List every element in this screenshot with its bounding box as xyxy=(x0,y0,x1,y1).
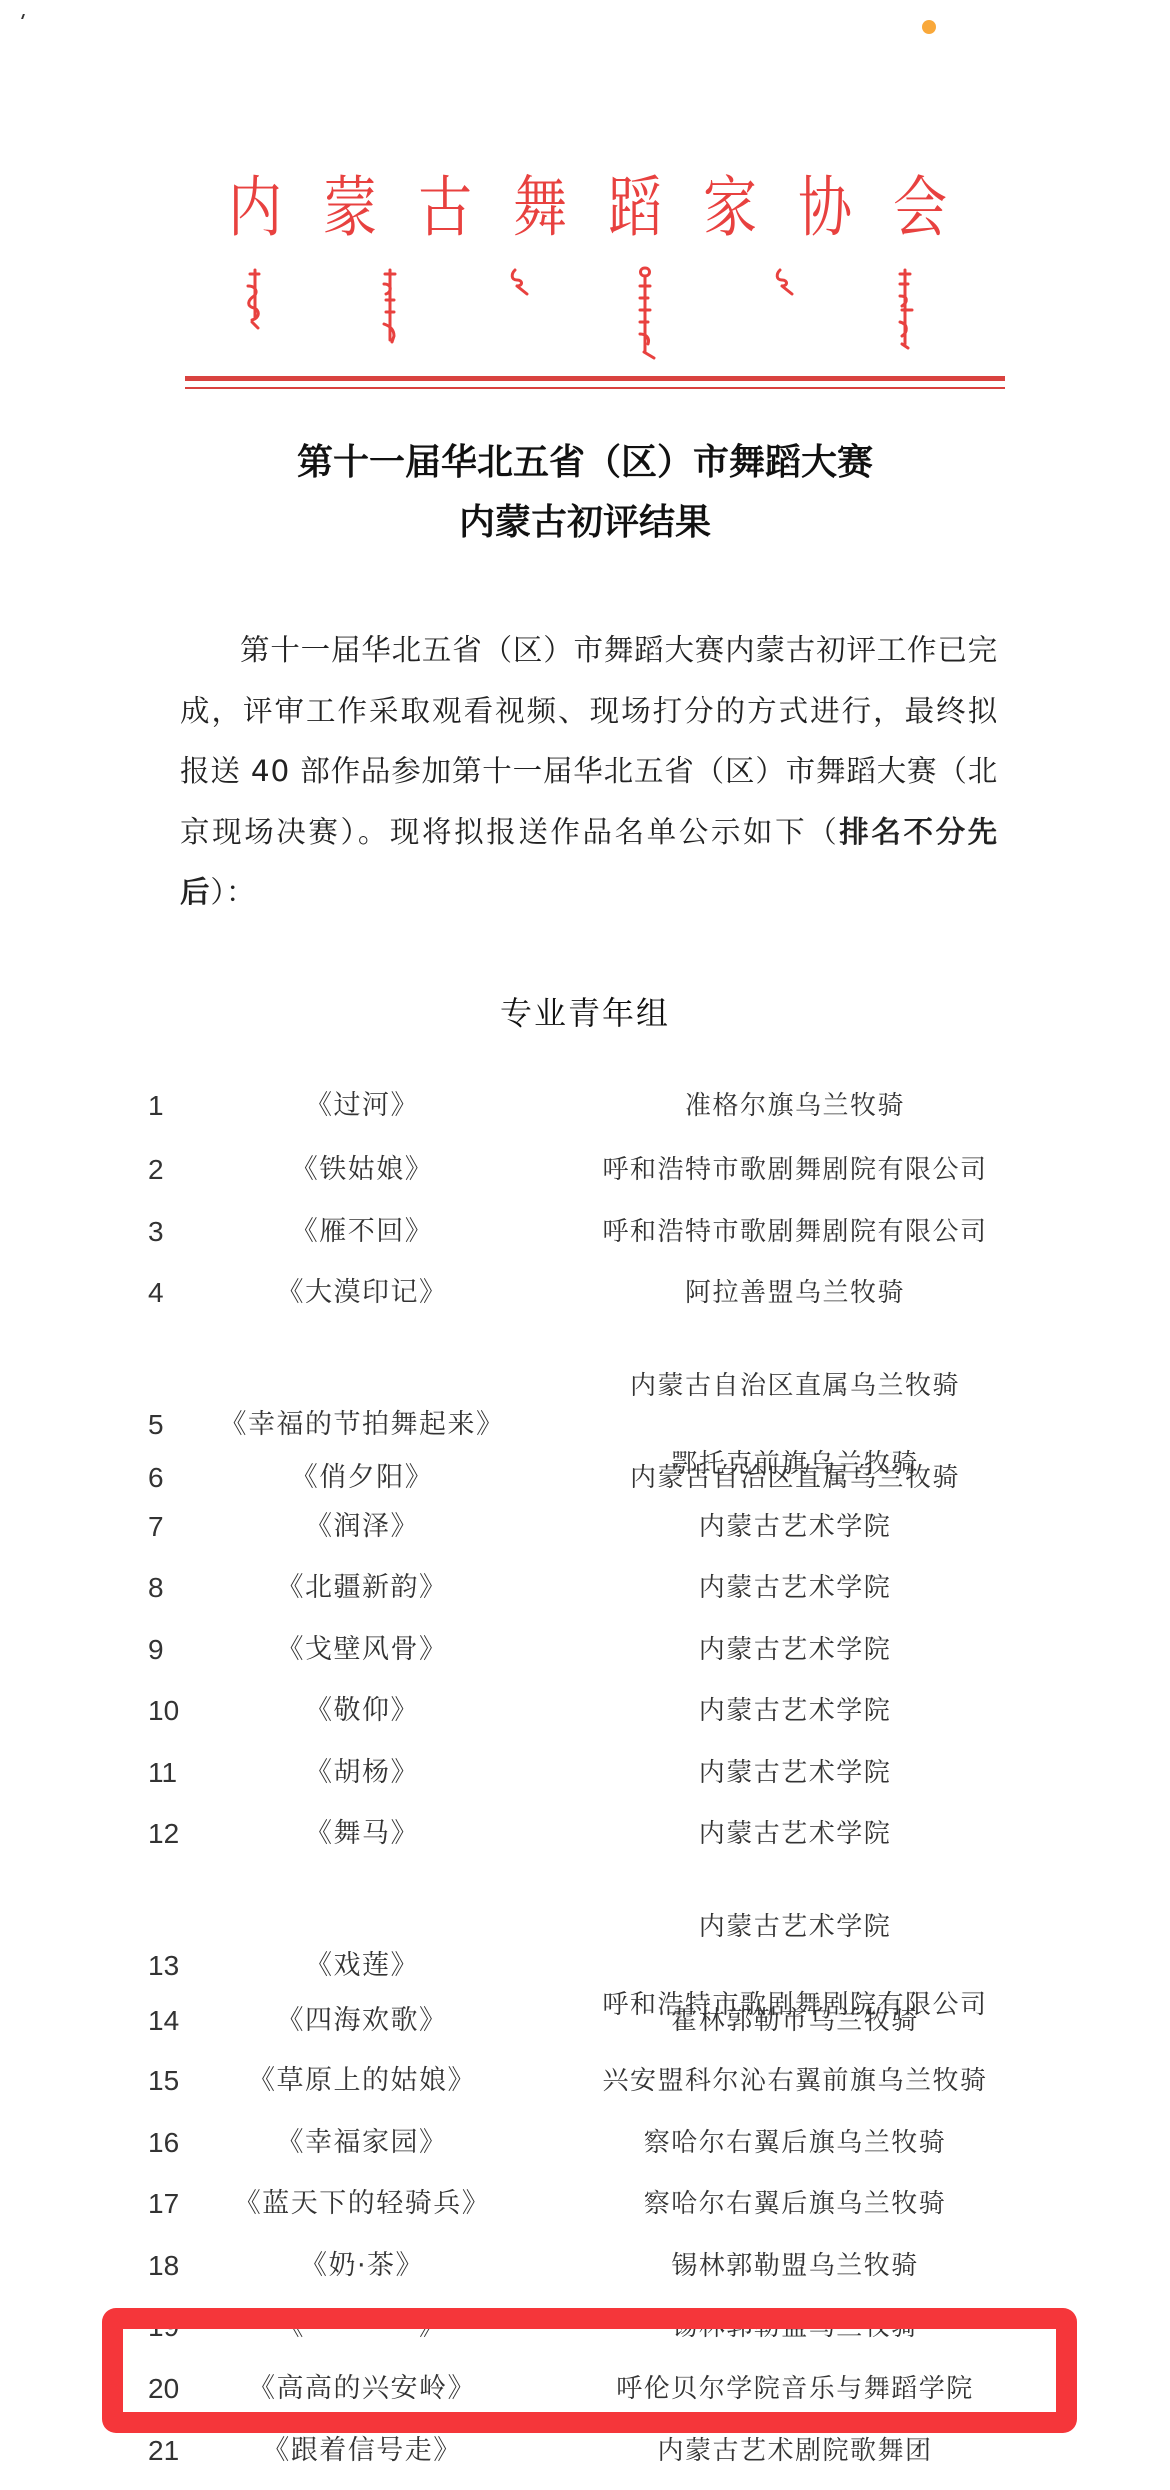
entry-number: 3 xyxy=(148,1210,198,1254)
entry-title: 《舞马》 xyxy=(212,1812,512,1856)
table-row: 1《过河》准格尔旗乌兰牧骑 xyxy=(0,1084,1170,1128)
table-row: 17《蓝天下的轻骑兵》察哈尔右翼后旗乌兰牧骑 xyxy=(0,2182,1170,2226)
entry-number: 10 xyxy=(148,1689,198,1733)
intro-paragraph: 第十一届华北五省（区）市舞蹈大赛内蒙古初评工作已完成，评审工作采取观看视频、现场… xyxy=(180,620,998,923)
scan-artifact-mark xyxy=(21,14,25,19)
entry-organization: 内蒙古艺术学院 xyxy=(590,1566,1000,1610)
table-row: 21《跟着信号走》内蒙古艺术剧院歌舞团 xyxy=(0,2429,1170,2473)
entry-number: 9 xyxy=(148,1628,198,1672)
entry-number: 6 xyxy=(148,1456,198,1500)
section-heading: 专业青年组 xyxy=(0,990,1170,1036)
letterhead-char: 蒙 xyxy=(317,168,383,248)
table-row: 16《幸福家园》察哈尔右翼后旗乌兰牧骑 xyxy=(0,2121,1170,2165)
table-row: 12《舞马》内蒙古艺术学院 xyxy=(0,1812,1170,1856)
letterhead-char: 协 xyxy=(792,168,858,248)
entry-organization: 内蒙古艺术学院 xyxy=(590,1505,1000,1549)
entry-number: 18 xyxy=(148,2244,198,2288)
entry-number: 12 xyxy=(148,1812,198,1856)
document-title-line1: 第十一届华北五省（区）市舞蹈大赛 xyxy=(0,441,1170,485)
entry-title: 《雁不回》 xyxy=(212,1210,512,1254)
table-row: 3《雁不回》呼和浩特市歌剧舞剧院有限公司 xyxy=(0,1210,1170,1254)
entry-organization: 内蒙古自治区直属乌兰牧骑 xyxy=(590,1456,1000,1500)
entry-title: 《幸福家园》 xyxy=(212,2121,512,2165)
table-row: 4《大漠印记》阿拉善盟乌兰牧骑 xyxy=(0,1271,1170,1315)
entry-number: 2 xyxy=(148,1148,198,1192)
letterhead-char: 蹈 xyxy=(602,168,668,248)
entry-organization: 内蒙古艺术学院 xyxy=(590,1628,1000,1672)
entry-title: 《胡杨》 xyxy=(212,1751,512,1795)
entry-number: 8 xyxy=(148,1566,198,1610)
letterhead-char: 会 xyxy=(887,168,953,248)
entry-organization: 内蒙古艺术学院 xyxy=(590,1751,1000,1795)
table-row: 2《铁姑娘》呼和浩特市歌剧舞剧院有限公司 xyxy=(0,1148,1170,1192)
entry-title: 《奶·茶》 xyxy=(212,2244,512,2288)
entry-organization: 霍林郭勒市乌兰牧骑 xyxy=(590,1999,1000,2043)
entry-number: 21 xyxy=(148,2429,198,2473)
entry-title: 《俏夕阳》 xyxy=(212,1456,512,1500)
entry-organization: 察哈尔右翼后旗乌兰牧骑 xyxy=(590,2121,1000,2165)
entry-title: 《戏莲》 xyxy=(212,1944,512,1988)
entry-organization: 锡林郭勒盟乌兰牧骑 xyxy=(590,2244,1000,2288)
table-row: 9《戈壁风骨》内蒙古艺术学院 xyxy=(0,1628,1170,1672)
letterhead-rule-thin xyxy=(185,387,1005,389)
entry-organization: 呼和浩特市歌剧舞剧院有限公司 xyxy=(590,1210,1000,1254)
entry-number: 7 xyxy=(148,1505,198,1549)
table-row: 15《草原上的姑娘》兴安盟科尔沁右翼前旗乌兰牧骑 xyxy=(0,2059,1170,2103)
entry-number: 5 xyxy=(148,1403,198,1447)
table-row: 14《四海欢歌》霍林郭勒市乌兰牧骑 xyxy=(0,1999,1170,2043)
entry-title: 《戈壁风骨》 xyxy=(212,1628,512,1672)
table-row: 7《润泽》内蒙古艺术学院 xyxy=(0,1505,1170,1549)
entry-organization: 兴安盟科尔沁右翼前旗乌兰牧骑 xyxy=(590,2059,1000,2103)
entry-number: 13 xyxy=(148,1944,198,1988)
entry-number: 17 xyxy=(148,2182,198,2226)
mongolian-script-logo xyxy=(200,260,980,360)
table-row: 11《胡杨》内蒙古艺术学院 xyxy=(0,1751,1170,1795)
entry-organization: 内蒙古艺术学院 xyxy=(590,1905,1000,1949)
entry-title: 《四海欢歌》 xyxy=(212,1999,512,2043)
entry-number: 4 xyxy=(148,1271,198,1315)
entry-organization: 准格尔旗乌兰牧骑 xyxy=(590,1084,1000,1128)
entry-title: 《蓝天下的轻骑兵》 xyxy=(212,2182,512,2226)
entry-title: 《铁姑娘》 xyxy=(212,1148,512,1192)
letterhead-char: 舞 xyxy=(507,168,573,248)
entry-title: 《敬仰》 xyxy=(212,1689,512,1733)
entry-organization: 内蒙古艺术学院 xyxy=(590,1812,1000,1856)
letterhead-org-name: 内 蒙 古 舞 蹈 家 协 会 xyxy=(215,168,960,248)
entry-title: 《过河》 xyxy=(212,1084,512,1128)
document-title-line2: 内蒙古初评结果 xyxy=(0,501,1170,545)
entry-organization: 内蒙古艺术剧院歌舞团 xyxy=(590,2429,1000,2473)
entry-organization: 阿拉善盟乌兰牧骑 xyxy=(590,1271,1000,1315)
entry-title: 《跟着信号走》 xyxy=(212,2429,512,2473)
entry-title: 《润泽》 xyxy=(212,1505,512,1549)
table-row: 6《俏夕阳》内蒙古自治区直属乌兰牧骑 xyxy=(0,1456,1170,1500)
entry-title: 《北疆新韵》 xyxy=(212,1566,512,1610)
table-row: 18《奶·茶》锡林郭勒盟乌兰牧骑 xyxy=(0,2244,1170,2288)
entry-organization: 呼和浩特市歌剧舞剧院有限公司 xyxy=(590,1148,1000,1192)
letterhead-char: 家 xyxy=(697,168,763,248)
table-row: 8《北疆新韵》内蒙古艺术学院 xyxy=(0,1566,1170,1610)
status-dot-icon xyxy=(922,20,936,34)
entry-number: 15 xyxy=(148,2059,198,2103)
entry-organization: 内蒙古自治区直属乌兰牧骑 xyxy=(590,1364,1000,1408)
entry-number: 16 xyxy=(148,2121,198,2165)
entry-number: 1 xyxy=(148,1084,198,1128)
entry-title: 《大漠印记》 xyxy=(212,1271,512,1315)
entry-title: 《草原上的姑娘》 xyxy=(212,2059,512,2103)
table-row: 10《敬仰》内蒙古艺术学院 xyxy=(0,1689,1170,1733)
letterhead-char: 古 xyxy=(412,168,478,248)
entry-title: 《幸福的节拍舞起来》 xyxy=(212,1403,512,1447)
entry-number: 11 xyxy=(148,1751,198,1795)
entry-number: 14 xyxy=(148,1999,198,2043)
mongolian-words xyxy=(248,268,912,358)
entry-organization: 察哈尔右翼后旗乌兰牧骑 xyxy=(590,2182,1000,2226)
letterhead-char: 内 xyxy=(222,168,288,248)
letterhead-rule-thick xyxy=(185,376,1005,381)
highlight-annotation-box xyxy=(102,2308,1077,2433)
intro-text-end: ）： xyxy=(210,875,256,909)
entry-organization: 内蒙古艺术学院 xyxy=(590,1689,1000,1733)
